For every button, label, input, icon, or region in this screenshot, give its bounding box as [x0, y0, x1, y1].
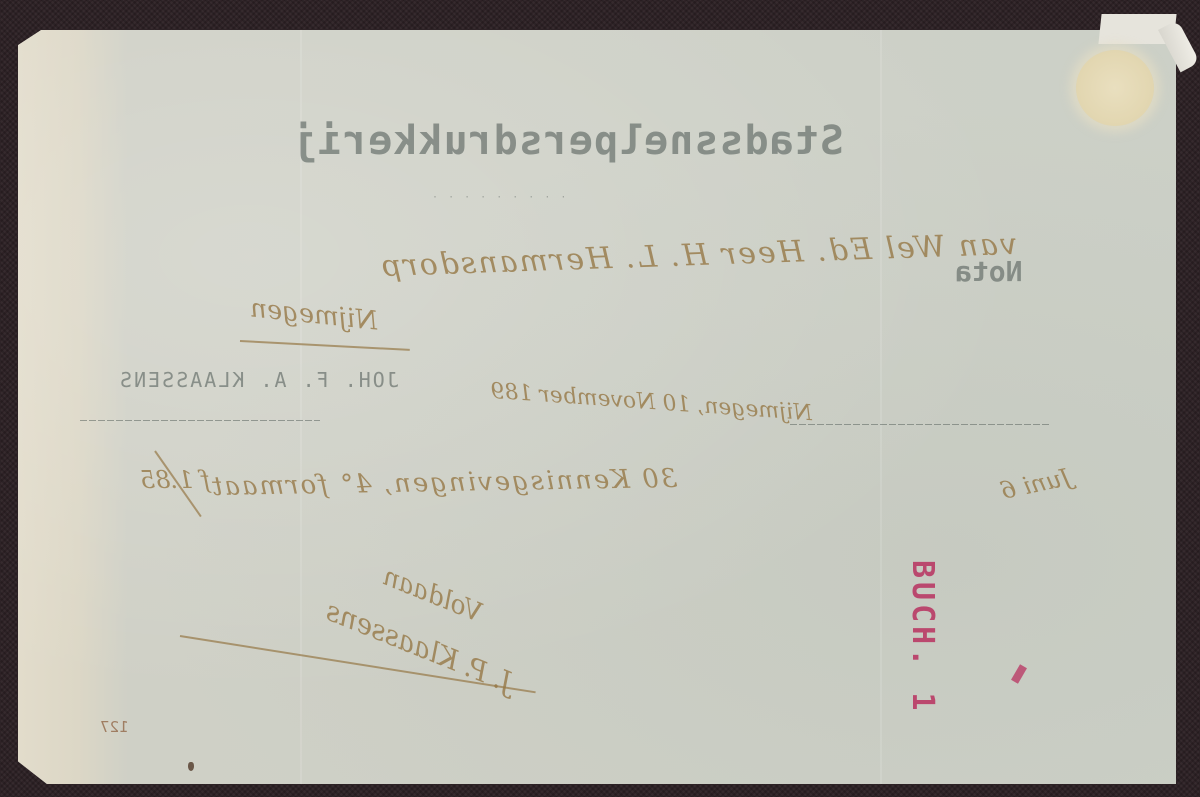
letterhead-title: Stadssnelpersdrukkerij [292, 118, 844, 164]
wax-seal-residue [1076, 50, 1154, 126]
red-stamp: BUCH. 1 [905, 560, 940, 714]
fold-line [880, 30, 882, 784]
vendor-name: JOH. F. A. KLAASSENS [118, 368, 399, 392]
ruled-line [80, 420, 320, 421]
archive-number: 127 [100, 718, 129, 736]
ink-spot [188, 762, 194, 771]
letterhead-subtitle: · · · · · · · · · [430, 192, 566, 203]
ruled-line [790, 424, 1050, 425]
